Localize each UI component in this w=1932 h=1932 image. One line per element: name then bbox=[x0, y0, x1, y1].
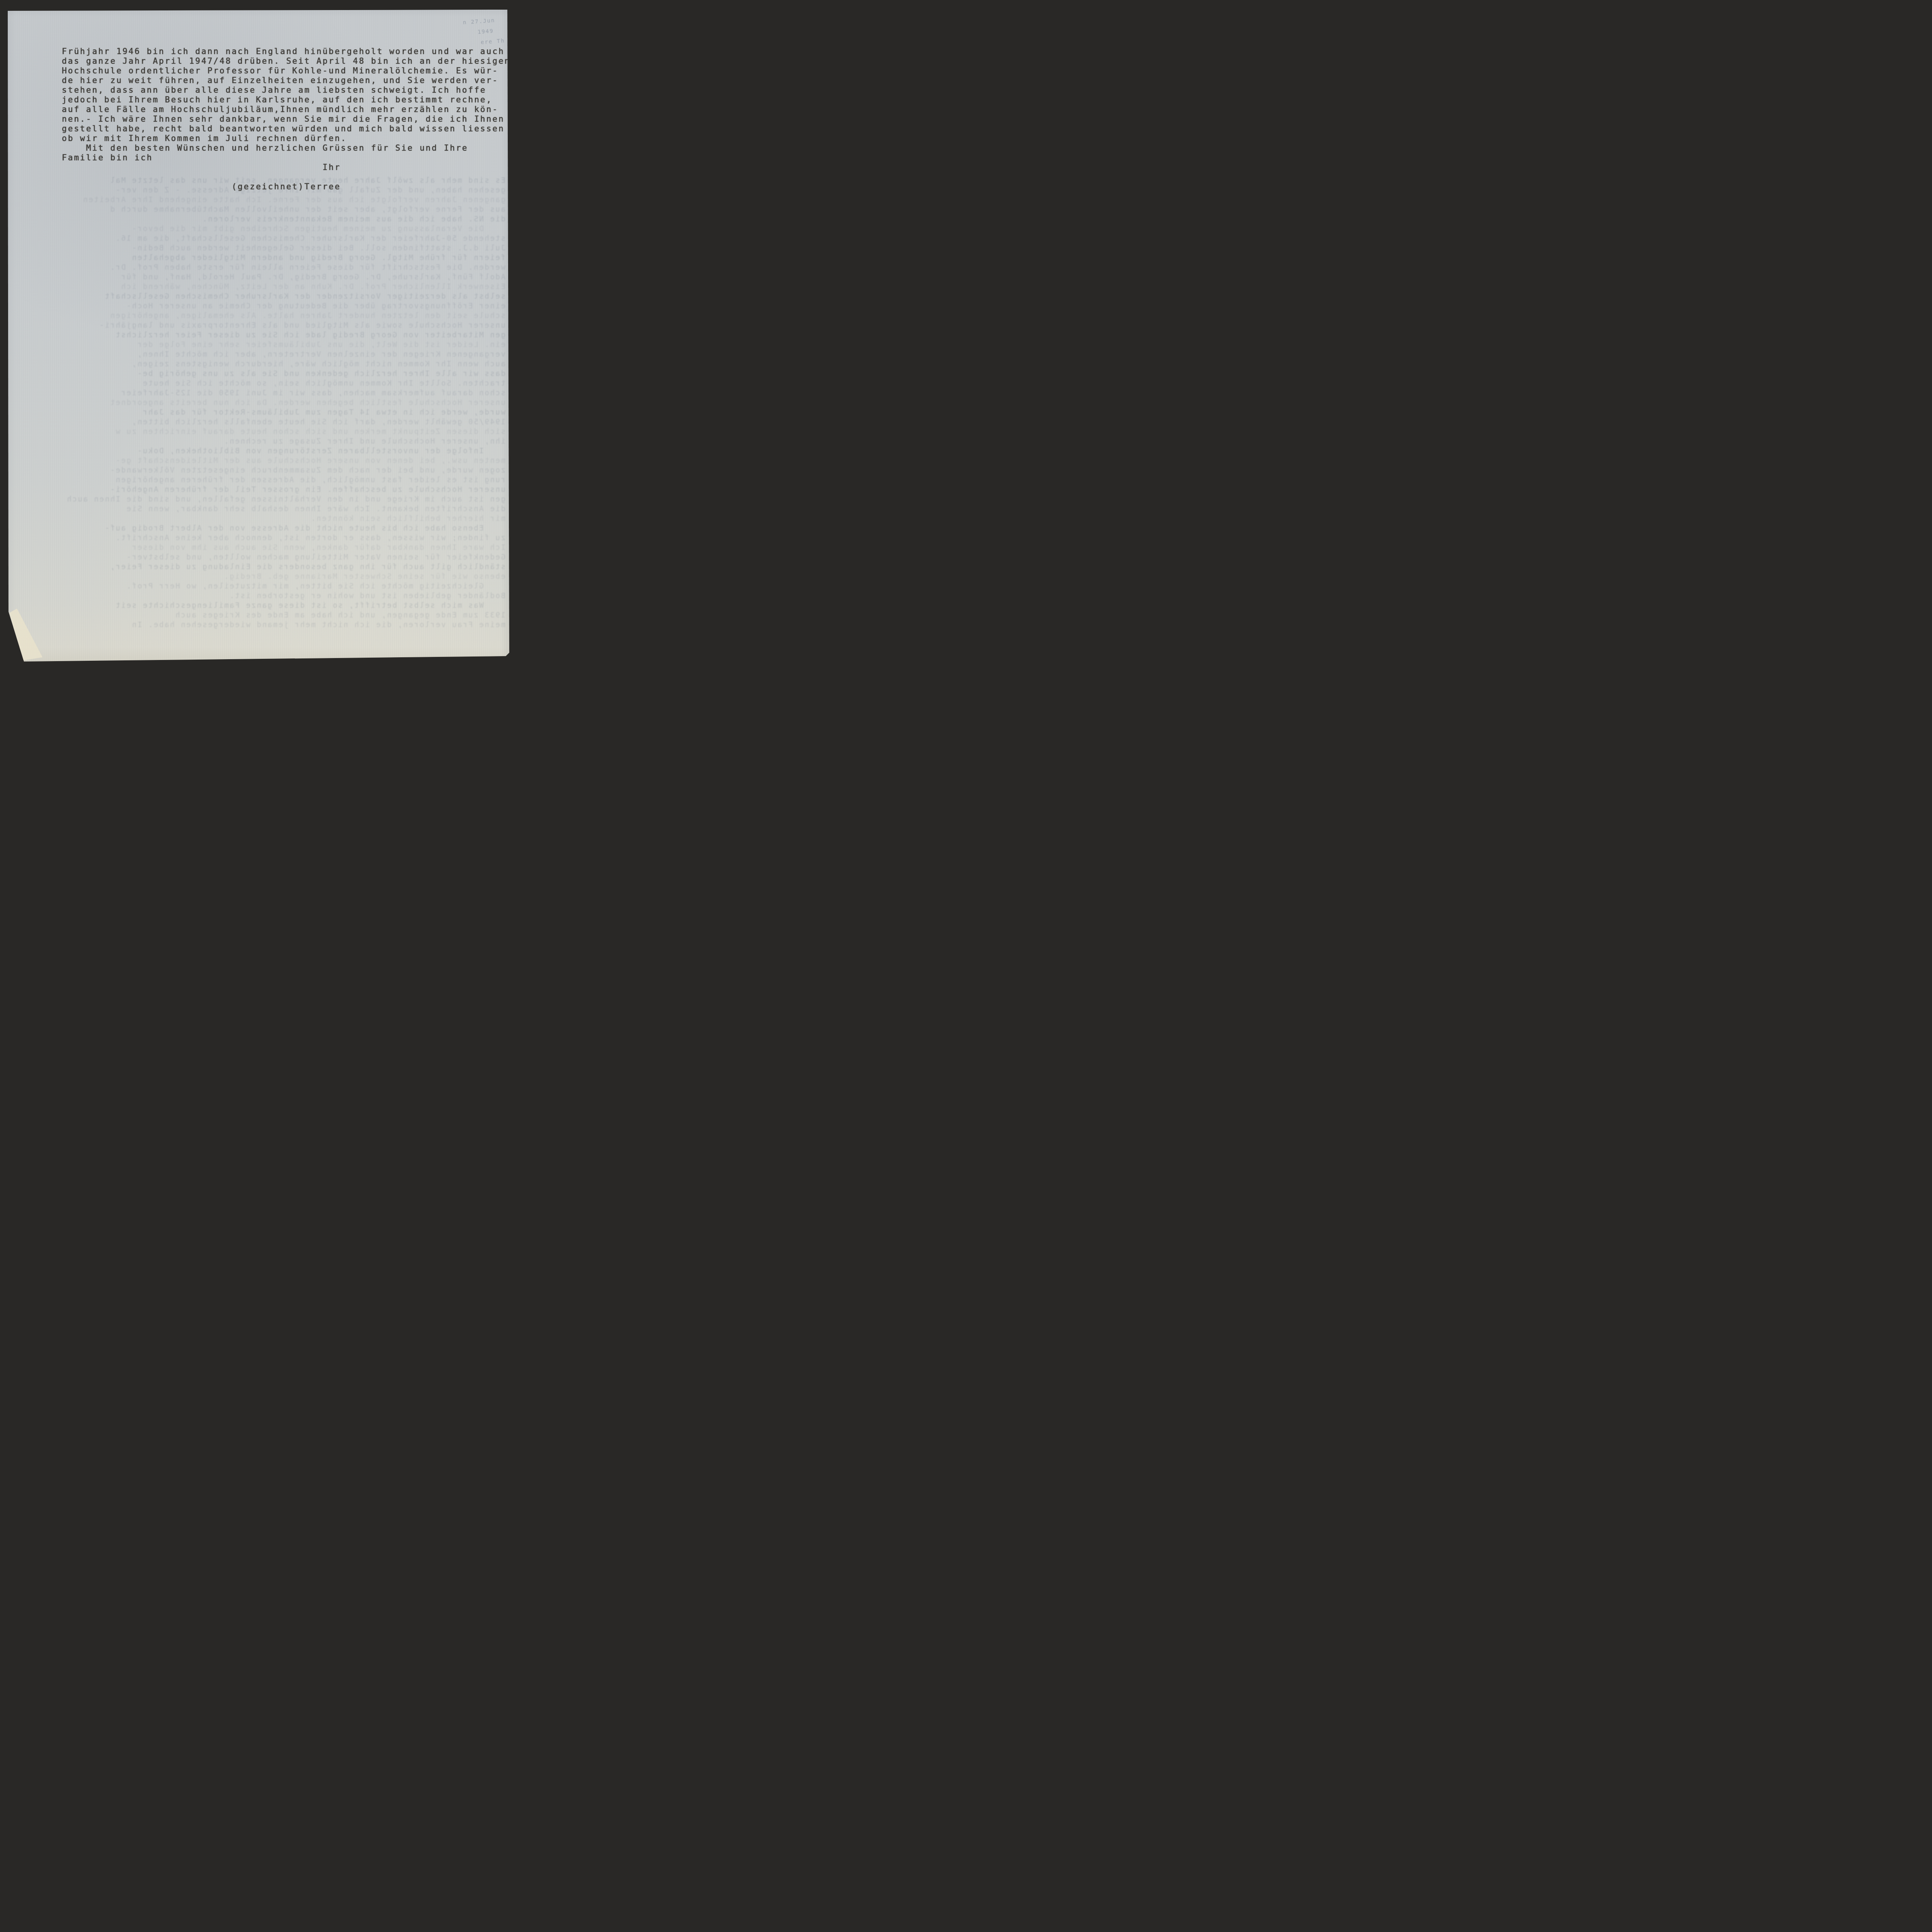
typed-line: Mit den besten Wünschen und herzlichen G… bbox=[62, 143, 512, 153]
faint-year-fragment: 1949 bbox=[477, 28, 494, 36]
typed-line: nen.- Ich wäre Ihnen sehr dankbar, wenn … bbox=[62, 114, 512, 124]
scanned-letter-page: Es sind mehr als zwölf Jahre heute verga… bbox=[0, 0, 519, 667]
typed-line: das ganze Jahr April 1947/48 drüben. Sei… bbox=[62, 56, 512, 66]
typed-line: de hier zu weit führen, auf Einzelheiten… bbox=[62, 76, 512, 85]
typed-line bbox=[62, 172, 512, 182]
typed-line: ob wir mit Ihrem Kommen im Juli rechnen … bbox=[62, 134, 512, 143]
typed-line: Ihr bbox=[62, 163, 512, 172]
typed-line: Frühjahr 1946 bin ich dann nach England … bbox=[62, 47, 512, 56]
letter-paper-sheet: Es sind mehr als zwölf Jahre heute verga… bbox=[0, 0, 519, 667]
typed-line: Hochschule ordentlicher Professor für Ko… bbox=[62, 66, 512, 76]
typed-line: (gezeichnet)Terree bbox=[62, 182, 512, 192]
typed-line: gestellt habe, recht bald beantworten wü… bbox=[62, 124, 512, 134]
typed-line: auf alle Fälle am Hochschuljubiläum,Ihne… bbox=[62, 105, 512, 114]
typed-line: Familie bin ich bbox=[62, 153, 512, 163]
typed-line: jedoch bei Ihrem Besuch hier in Karlsruh… bbox=[62, 95, 512, 105]
typed-letter-body: Frühjahr 1946 bin ich dann nach England … bbox=[62, 47, 512, 192]
typed-line: stehen, dass ann über alle diese Jahre a… bbox=[62, 85, 512, 95]
